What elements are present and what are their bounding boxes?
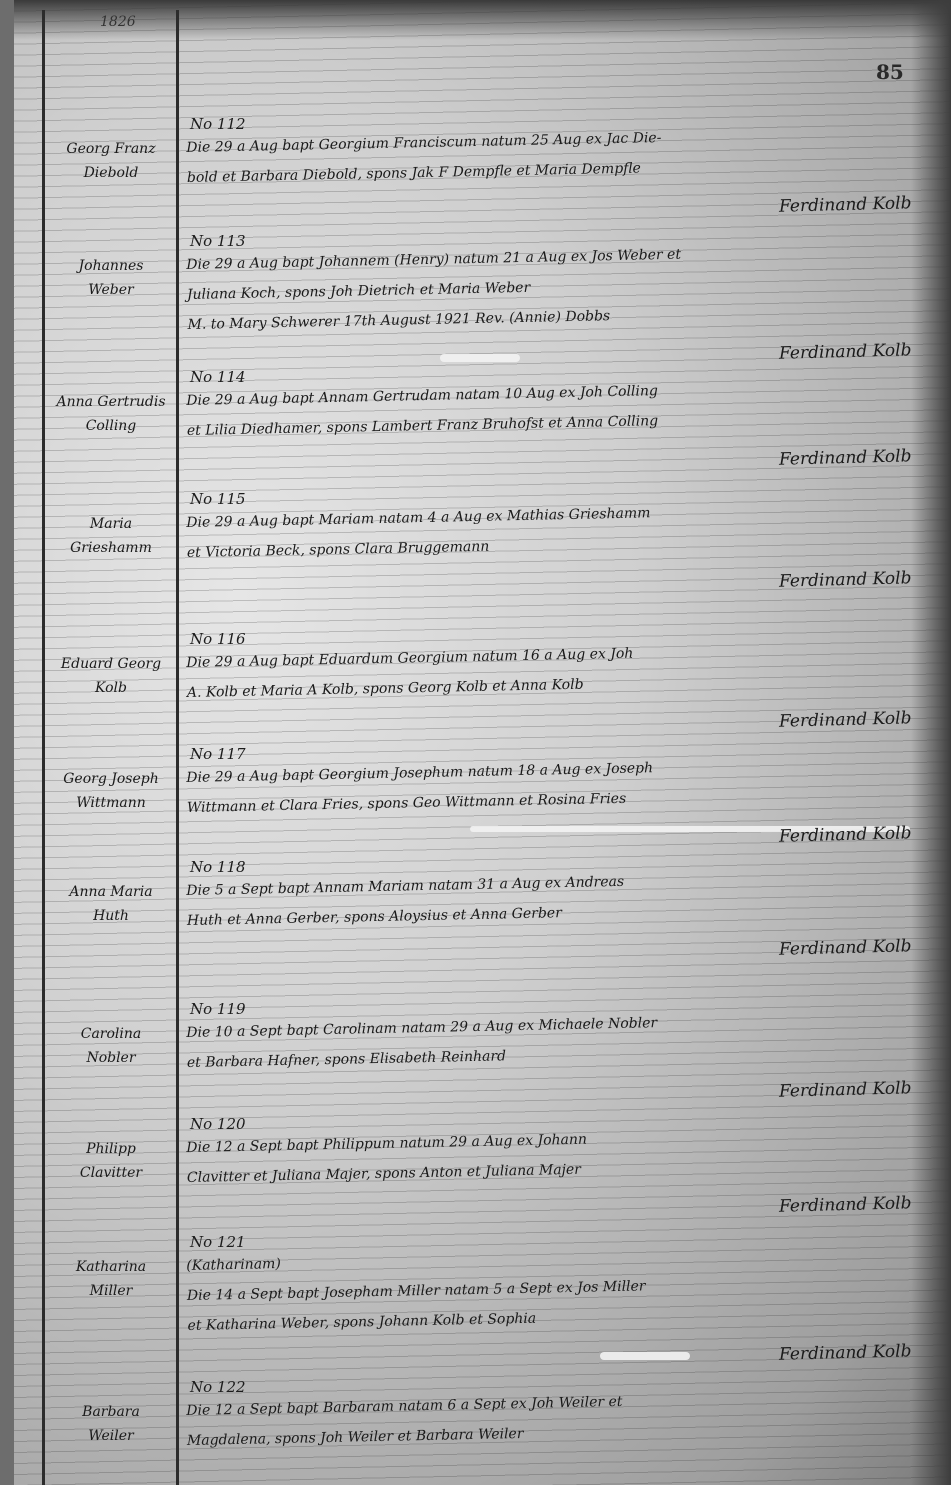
margin-child-name: CarolinaNobler: [48, 1022, 174, 1070]
margin-name-line: Maria: [48, 512, 174, 536]
margin-name-line: Colling: [48, 414, 174, 438]
entry-text: (Katharinam)Die 14 a Sept bapt Josepham …: [186, 1236, 923, 1341]
margin-child-name: Georg FranzDiebold: [48, 137, 174, 185]
priest-signature: Ferdinand Kolb: [778, 823, 911, 846]
margin-child-name: JohannesWeber: [48, 254, 174, 302]
margin-child-name: KatharinaMiller: [48, 1255, 174, 1303]
entry-number: No 120: [190, 1115, 246, 1133]
margin-name-line: Eduard Georg: [48, 652, 174, 676]
priest-signature: Ferdinand Kolb: [778, 340, 911, 363]
entry-number: No 115: [190, 490, 246, 508]
margin-child-name: MariaGrieshamm: [48, 512, 174, 560]
margin-child-name: Eduard GeorgKolb: [48, 652, 174, 700]
margin-child-name: Anna MariaHuth: [48, 880, 174, 928]
header-year-note: 1826: [100, 14, 136, 30]
margin-child-name: PhilippClavitter: [48, 1137, 174, 1185]
priest-signature: Ferdinand Kolb: [778, 936, 911, 959]
correction-mark: [440, 354, 520, 362]
priest-signature: Ferdinand Kolb: [778, 1078, 911, 1101]
margin-name-line: Miller: [48, 1279, 174, 1303]
margin-name-line: Carolina: [48, 1022, 174, 1046]
scan-top-shadow: [0, 0, 951, 40]
priest-signature: Ferdinand Kolb: [778, 193, 911, 216]
margin-name-line: Huth: [48, 904, 174, 928]
priest-signature: Ferdinand Kolb: [778, 446, 911, 469]
margin-name-line: Georg Joseph: [48, 767, 174, 791]
page-left-edge: [0, 0, 14, 1485]
entry-number: No 122: [190, 1378, 246, 1396]
entry-number: No 113: [190, 232, 246, 250]
entry-number: No 112: [190, 115, 246, 133]
margin-name-line: Anna Maria: [48, 880, 174, 904]
margin-child-name: Georg JosephWittmann: [48, 767, 174, 815]
margin-name-line: Georg Franz: [48, 137, 174, 161]
margin-name-line: Wittmann: [48, 791, 174, 815]
page-number: 85: [876, 60, 904, 84]
entry-number: No 121: [190, 1233, 246, 1251]
entry-text: Die 29 a Aug bapt Johannem (Henry) natum…: [186, 235, 923, 340]
margin-name-line: Weiler: [48, 1424, 174, 1448]
margin-name-line: Diebold: [48, 161, 174, 185]
margin-name-line: Weber: [48, 278, 174, 302]
margin-name-line: Grieshamm: [48, 536, 174, 560]
margin-child-name: Anna GertrudisColling: [48, 390, 174, 438]
priest-signature: Ferdinand Kolb: [778, 568, 911, 591]
priest-signature: Ferdinand Kolb: [778, 708, 911, 731]
entry-number: No 118: [190, 858, 246, 876]
priest-signature: Ferdinand Kolb: [778, 1193, 911, 1216]
margin-name-line: Anna Gertrudis: [48, 390, 174, 414]
margin-name-line: Johannes: [48, 254, 174, 278]
tape-strip: [600, 1352, 690, 1360]
margin-name-line: Clavitter: [48, 1161, 174, 1185]
entry-number: No 116: [190, 630, 246, 648]
margin-name-line: Kolb: [48, 676, 174, 700]
margin-name-line: Katharina: [48, 1255, 174, 1279]
margin-name-line: Barbara: [48, 1400, 174, 1424]
margin-rule-left: [42, 10, 45, 1485]
margin-name-line: Nobler: [48, 1046, 174, 1070]
margin-child-name: BarbaraWeiler: [48, 1400, 174, 1448]
entry-number: No 117: [190, 745, 246, 763]
priest-signature: Ferdinand Kolb: [778, 1341, 911, 1364]
margin-rule-middle: [176, 10, 179, 1485]
entry-number: No 114: [190, 368, 246, 386]
entry-number: No 119: [190, 1000, 246, 1018]
margin-name-line: Philipp: [48, 1137, 174, 1161]
